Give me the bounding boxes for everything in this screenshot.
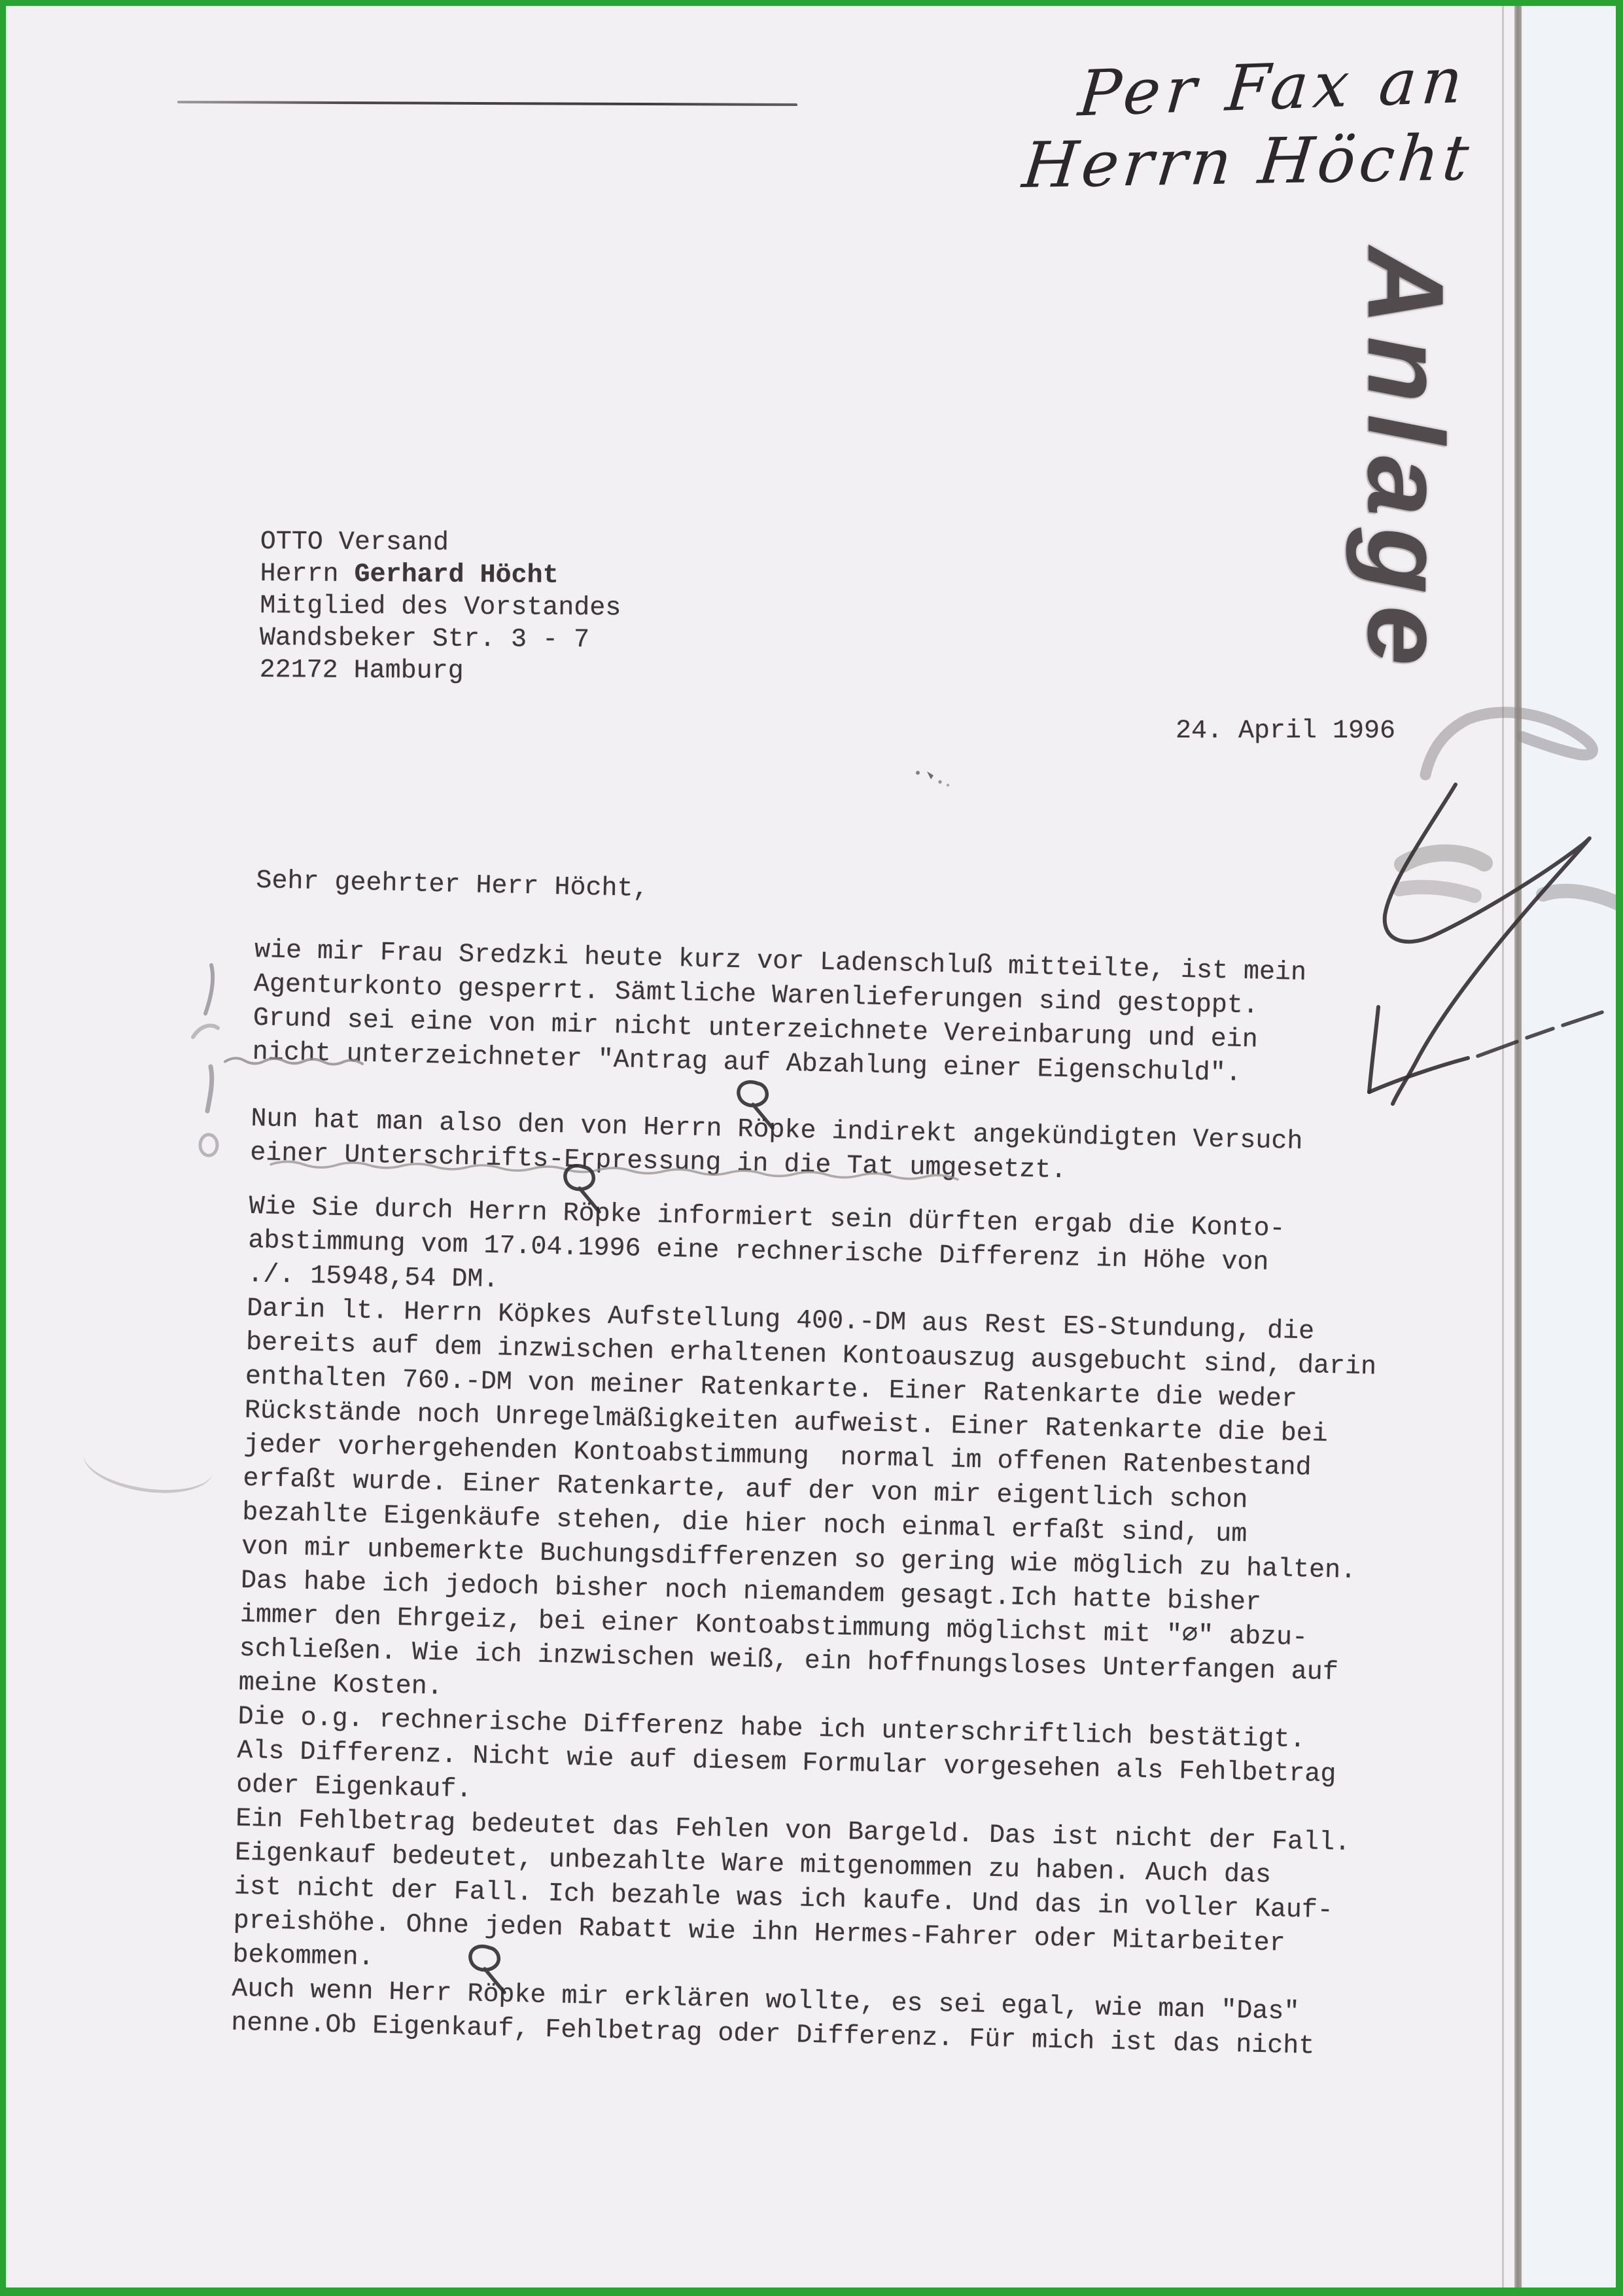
- scanned-letter-page: Per Fax an Herrn Höcht Anlage OTTO Versa…: [0, 0, 1623, 2296]
- letter-body: Sehr geehrter Herr Höcht, wie mir Frau S…: [231, 864, 1427, 2066]
- ink-speck: [913, 766, 952, 788]
- recipient-line: 22172 Hamburg: [260, 654, 621, 688]
- salutation-line: Sehr geehrter Herr Höcht,: [256, 864, 1427, 924]
- pencil-slash-mark: [189, 960, 241, 1051]
- handwritten-fax-note-line2: Herrn Höcht: [1019, 121, 1476, 202]
- recipient-line: Wandsbeker Str. 3 - 7: [260, 622, 621, 656]
- scan-artifact-line: [177, 101, 797, 106]
- recipient-line: Herrn Gerhard Höcht: [260, 558, 621, 592]
- handwritten-fax-note-line1: Per Fax an: [1075, 43, 1471, 130]
- handwritten-scribbles: [1327, 699, 1623, 1184]
- recipient-line: OTTO Versand: [260, 526, 621, 560]
- handwritten-k-correction: [464, 1941, 513, 1997]
- handwritten-anlage-label: Anlage: [1344, 247, 1467, 677]
- recipient-address-block: OTTO VersandHerrn Gerhard HöchtMitglied …: [260, 526, 622, 688]
- pencil-exclamation-mark: [198, 1063, 237, 1167]
- paper-edge-shadow: [6, 2288, 1623, 2293]
- paragraph: Darin lt. Herrn Köpkes Aufstellung 400.-…: [231, 1292, 1418, 2066]
- pencil-underline: [222, 1051, 386, 1074]
- paragraphs-container: wie mir Frau Sredzki heute kurz vor Lade…: [231, 934, 1425, 2066]
- recipient-line: Mitglied des Vorstandes: [260, 590, 621, 624]
- paragraph: wie mir Frau Sredzki heute kurz vor Lade…: [252, 934, 1425, 1095]
- handwritten-k-correction: [732, 1077, 781, 1133]
- handwritten-k-correction: [559, 1161, 608, 1216]
- pencil-arc-mark: [80, 1425, 217, 1501]
